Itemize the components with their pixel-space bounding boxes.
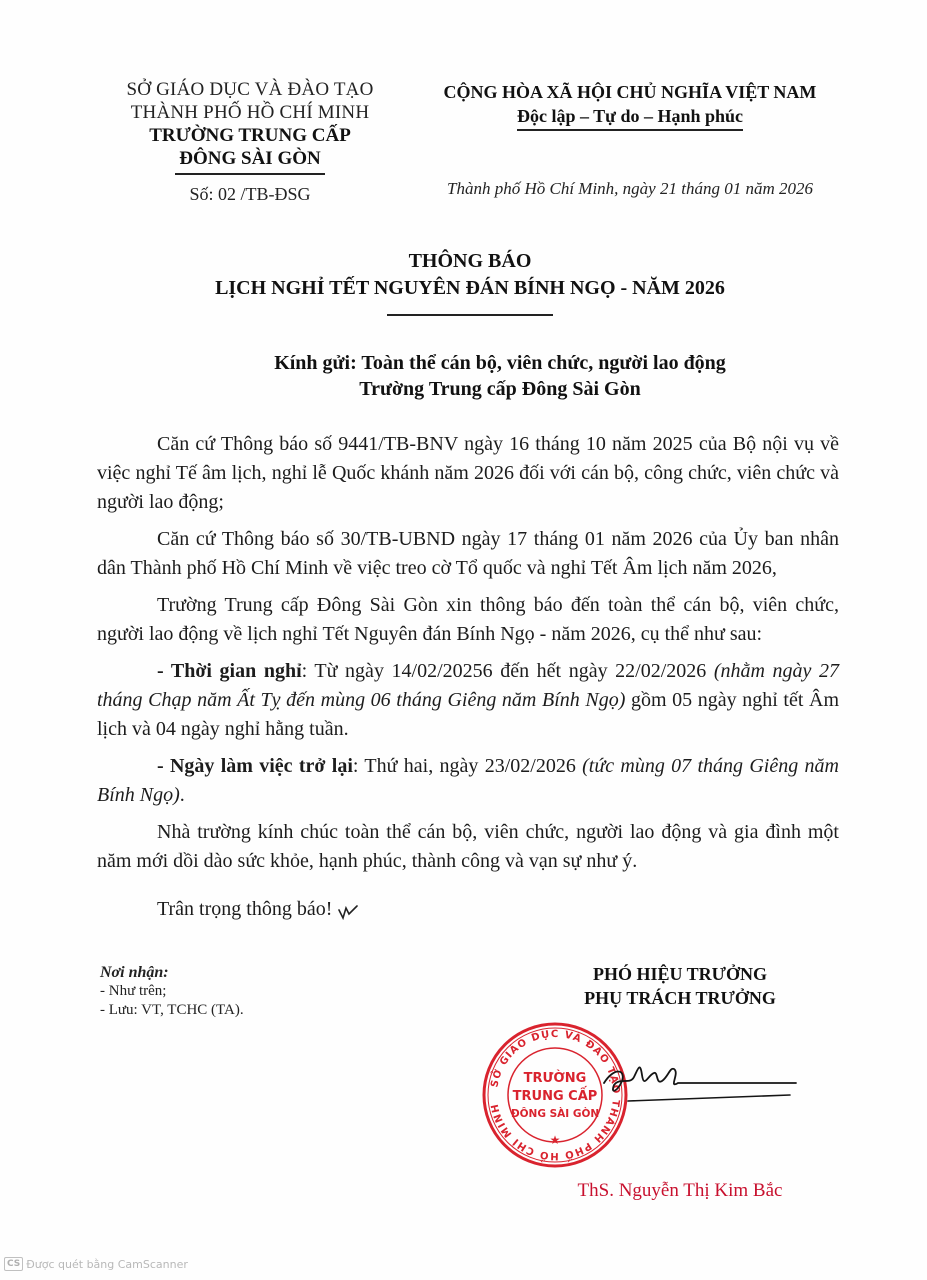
document-page: SỞ GIÁO DỤC VÀ ĐÀO TẠO THÀNH PHỐ HỒ CHÍ … (0, 0, 927, 1280)
addressee: Kính gửi: Toàn thể cán bộ, viên chức, ng… (200, 350, 800, 402)
legal-basis-2: Căn cứ Thông báo số 30/TB-UBND ngày 17 t… (97, 525, 839, 583)
addressee-line-2: Trường Trung cấp Đông Sài Gòn (200, 376, 800, 402)
signatory-title-line-1: PHÓ HIỆU TRƯỞNG (540, 962, 820, 986)
header-divider (175, 173, 325, 175)
distribution-item: - Lưu: VT, TCHC (TA). (100, 1001, 244, 1020)
title-line-2: LỊCH NGHỈ TẾT NGUYÊN ĐÁN BÍNH NGỌ - NĂM … (150, 275, 790, 302)
return-to-work: - Ngày làm việc trở lại: Thứ hai, ngày 2… (97, 752, 839, 810)
closing-text: Trân trọng thông báo! (157, 898, 332, 920)
signatory-title-line-2: PHỤ TRÁCH TRƯỞNG (540, 986, 820, 1010)
scanner-watermark: CS Được quét bằng CamScanner (4, 1257, 188, 1271)
school-line-2: ĐÔNG SÀI GÒN (100, 147, 400, 170)
holiday-period-text: : Từ ngày 14/02/20256 đến hết ngày 22/02… (302, 660, 714, 682)
document-body: Căn cứ Thông báo số 9441/TB-BNV ngày 16 … (97, 430, 839, 884)
document-number: Số: 02 /TB-ĐSG (100, 183, 400, 206)
agency-line-2: THÀNH PHỐ HỒ CHÍ MINH (100, 101, 400, 124)
initial-mark-icon (337, 900, 359, 920)
title-line-1: THÔNG BÁO (150, 248, 790, 275)
holiday-period-label: - Thời gian nghỉ (157, 660, 302, 682)
title-divider (387, 314, 553, 316)
distribution-item: - Như trên; (100, 982, 244, 1001)
national-motto: Độc lập – Tự do – Hạnh phúc (517, 104, 743, 131)
distribution-label: Nơi nhận: (100, 963, 244, 982)
camscanner-logo-icon: CS (4, 1257, 23, 1271)
scanner-text: Được quét bằng CamScanner (26, 1258, 188, 1271)
school-line-1: TRƯỜNG TRUNG CẤP (100, 124, 400, 147)
signatory-title: PHÓ HIỆU TRƯỞNG PHỤ TRÁCH TRƯỞNG (540, 962, 820, 1010)
closing-line: Trân trọng thông báo! (157, 898, 359, 921)
seal-center-line-1: TRƯỜNG (524, 1070, 587, 1086)
agency-line-1: SỞ GIÁO DỤC VÀ ĐÀO TẠO (100, 78, 400, 101)
addressee-line-1: Kính gửi: Toàn thể cán bộ, viên chức, ng… (200, 350, 800, 376)
return-to-work-text: : Thứ hai, ngày 23/02/2026 (353, 755, 582, 777)
return-to-work-label: - Ngày làm việc trở lại (157, 755, 353, 777)
place-and-date: Thành phố Hồ Chí Minh, ngày 21 tháng 01 … (420, 177, 840, 201)
seal-center-line-3: ĐÔNG SÀI GÒN (511, 1107, 599, 1120)
holiday-period: - Thời gian nghỉ: Từ ngày 14/02/20256 đế… (97, 657, 839, 744)
nation-name: CỘNG HÒA XÃ HỘI CHỦ NGHĨA VIỆT NAM (420, 80, 840, 104)
national-header: CỘNG HÒA XÃ HỘI CHỦ NGHĨA VIỆT NAM Độc l… (420, 80, 840, 201)
signer-name: ThS. Nguyễn Thị Kim Bắc (540, 1180, 820, 1202)
legal-basis-1: Căn cứ Thông báo số 9441/TB-BNV ngày 16 … (97, 430, 839, 517)
svg-text:★: ★ (550, 1133, 561, 1147)
return-to-work-tail: . (180, 784, 185, 806)
new-year-wishes: Nhà trường kính chúc toàn thể cán bộ, vi… (97, 818, 839, 876)
announcement-intro: Trường Trung cấp Đông Sài Gòn xin thông … (97, 591, 839, 649)
document-title: THÔNG BÁO LỊCH NGHỈ TẾT NGUYÊN ĐÁN BÍNH … (150, 248, 790, 316)
distribution-list: Nơi nhận: - Như trên; - Lưu: VT, TCHC (T… (100, 963, 244, 1020)
issuing-agency-header: SỞ GIÁO DỤC VÀ ĐÀO TẠO THÀNH PHỐ HỒ CHÍ … (100, 78, 400, 206)
handwritten-signature-icon (600, 1055, 800, 1105)
seal-center-line-2: TRUNG CẤP (513, 1086, 598, 1104)
